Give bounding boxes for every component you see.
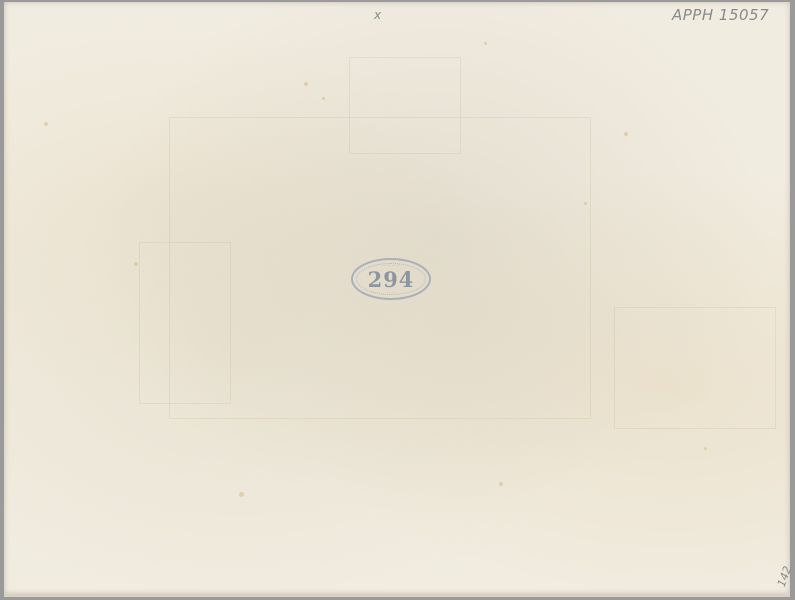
stamp-number: 294	[368, 267, 415, 292]
foxing-spot	[704, 447, 707, 450]
mount-verso: ·· ·· ·· ·· 294 · · · · x APPH 15057 142	[4, 2, 790, 597]
foxing-spot	[624, 132, 628, 136]
collection-stamp: ·· ·· ·· ·· 294 · · · ·	[351, 258, 431, 300]
accession-number: APPH 15057	[672, 6, 769, 24]
foxing-spot	[322, 97, 325, 100]
pencil-mark-x: x	[374, 8, 381, 22]
corner-number: 142	[775, 564, 794, 588]
foxing-spot	[584, 202, 587, 205]
foxing-spot	[44, 122, 48, 126]
foxing-spot	[304, 82, 308, 86]
mount-stain-rect	[614, 307, 776, 429]
foxing-spot	[239, 492, 244, 497]
mount-stain-rect	[349, 57, 461, 154]
stamp-bottom-text: · · · ·	[353, 290, 429, 295]
stamp-top-text: ·· ·· ·· ··	[353, 263, 429, 269]
foxing-spot	[134, 262, 138, 266]
foxing-spot	[484, 42, 487, 45]
foxing-spot	[499, 482, 503, 486]
mount-stain-rect	[139, 242, 231, 404]
